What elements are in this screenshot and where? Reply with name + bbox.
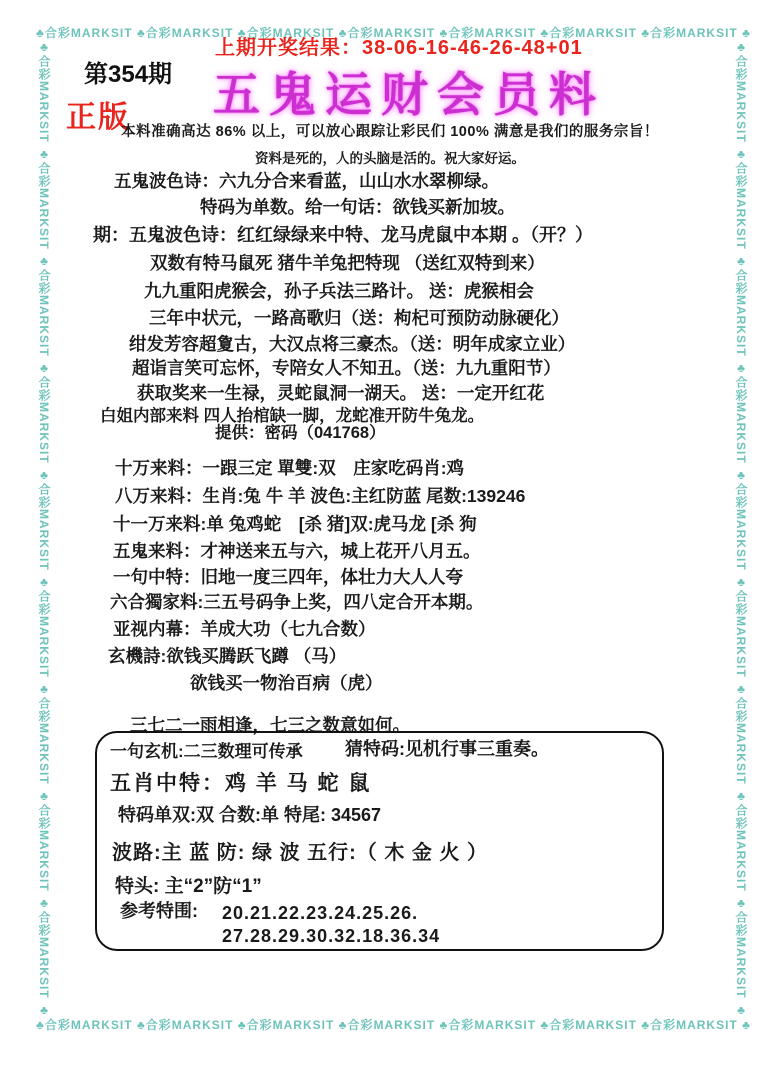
material-line: 欲钱买一物治百病（虎）: [190, 670, 383, 695]
material-line: 玄機詩:欲钱买腾跃飞蹲 （马）: [108, 643, 346, 668]
box-mystery-line: 一句玄机:二三数理可传承: [110, 737, 303, 762]
last-draw-result: 上期开奖结果：38-06-16-46-26-48+01: [215, 31, 583, 60]
poem-line: 九九重阳虎猴会，孙子兵法三路计。 送：虎猴相会: [144, 278, 534, 303]
material-line: 亚视内幕：羊成大功（七九合数）: [113, 616, 376, 641]
issue-number: 第354期: [84, 54, 172, 89]
poem-line: 特码为单数。给一句话：欲钱买新加坡。: [200, 194, 515, 219]
material-line: 十万来料：一跟三定 單雙:双 庄家吃码肖:鸡: [115, 455, 464, 480]
box-five-zodiac: 五肖中特：鸡 羊 马 蛇 鼠: [110, 767, 371, 797]
box-odd-even: 特码单双:双 合数:单 特尾: 34567: [118, 801, 381, 827]
poem-line: 提供：密码（041768）: [215, 419, 386, 443]
page-title: 五鬼运财会员料: [213, 58, 673, 125]
poem-line: 双数有特马鼠死 猪牛羊兔把特现 （送红双特到来）: [150, 250, 545, 275]
watermark-left: ♣合彩MARKSIT ♣合彩MARKSIT ♣合彩MARKSIT ♣合彩MARK…: [37, 40, 53, 1016]
box-wave-elements: 波路:主 蓝 防: 绿 波 五行:（ 木 金 火 ）: [112, 836, 488, 865]
box-ref-label: 参考特围:: [120, 897, 198, 923]
material-line: 一句中特：旧地一度三四年，体壮力大人人夸: [113, 564, 463, 589]
box-special-head: 特头: 主“2”防“1”: [115, 871, 262, 898]
poem-line: 期：五鬼波色诗：红红绿绿来中特、龙马虎鼠中本期 。（开？）: [93, 221, 593, 247]
accuracy-slogan: 本料准确高达 86% 以上，可以放心跟踪让彩民们 100% 满意是我们的服务宗旨…: [40, 120, 740, 141]
box-guess-special: 猜特码:见机行事三重奏。: [345, 735, 549, 761]
material-line: 八万来料：生肖:兔 牛 羊 波色:主红防蓝 尾数:139246: [115, 483, 525, 508]
poem-line: 超诣言笑可忘怀，专陪女人不知丑。（送：九九重阳节）: [132, 355, 561, 380]
poem-line: 绀发芳容超夐古，大汉点将三豪杰。（送：明年成家立业）: [129, 331, 575, 356]
disclaimer-note: 资料是死的，人的头脑是活的。祝大家好运。: [40, 147, 740, 167]
poem-line: 五鬼波色诗：六九分合来看蓝，山山水水翠柳绿。: [114, 168, 499, 193]
watermark-bottom: ♣合彩MARKSIT ♣合彩MARKSIT ♣合彩MARKSIT ♣合彩MARK…: [36, 1016, 752, 1033]
material-line: 十一万来料:单 兔鸡蛇 [杀 猪]双:虎马龙 [杀 狗: [113, 511, 477, 536]
material-line: 六合獨家料:三五号码争上奖，四八定合开本期。: [110, 589, 483, 614]
box-ref-numbers-row1: 20.21.22.23.24.25.26.: [222, 903, 418, 924]
watermark-right: ♣合彩MARKSIT ♣合彩MARKSIT ♣合彩MARKSIT ♣合彩MARK…: [734, 40, 750, 1016]
lottery-tip-sheet: ♣合彩MARKSIT ♣合彩MARKSIT ♣合彩MARKSIT ♣合彩MARK…: [0, 0, 774, 1083]
box-ref-numbers-row2: 27.28.29.30.32.18.36.34: [222, 926, 440, 947]
material-line: 五鬼来料：才神送来五与六，城上花开八月五。: [113, 538, 481, 563]
poem-line: 三年中状元，一路高歌归（送：枸杞可预防动脉硬化）: [149, 305, 569, 330]
